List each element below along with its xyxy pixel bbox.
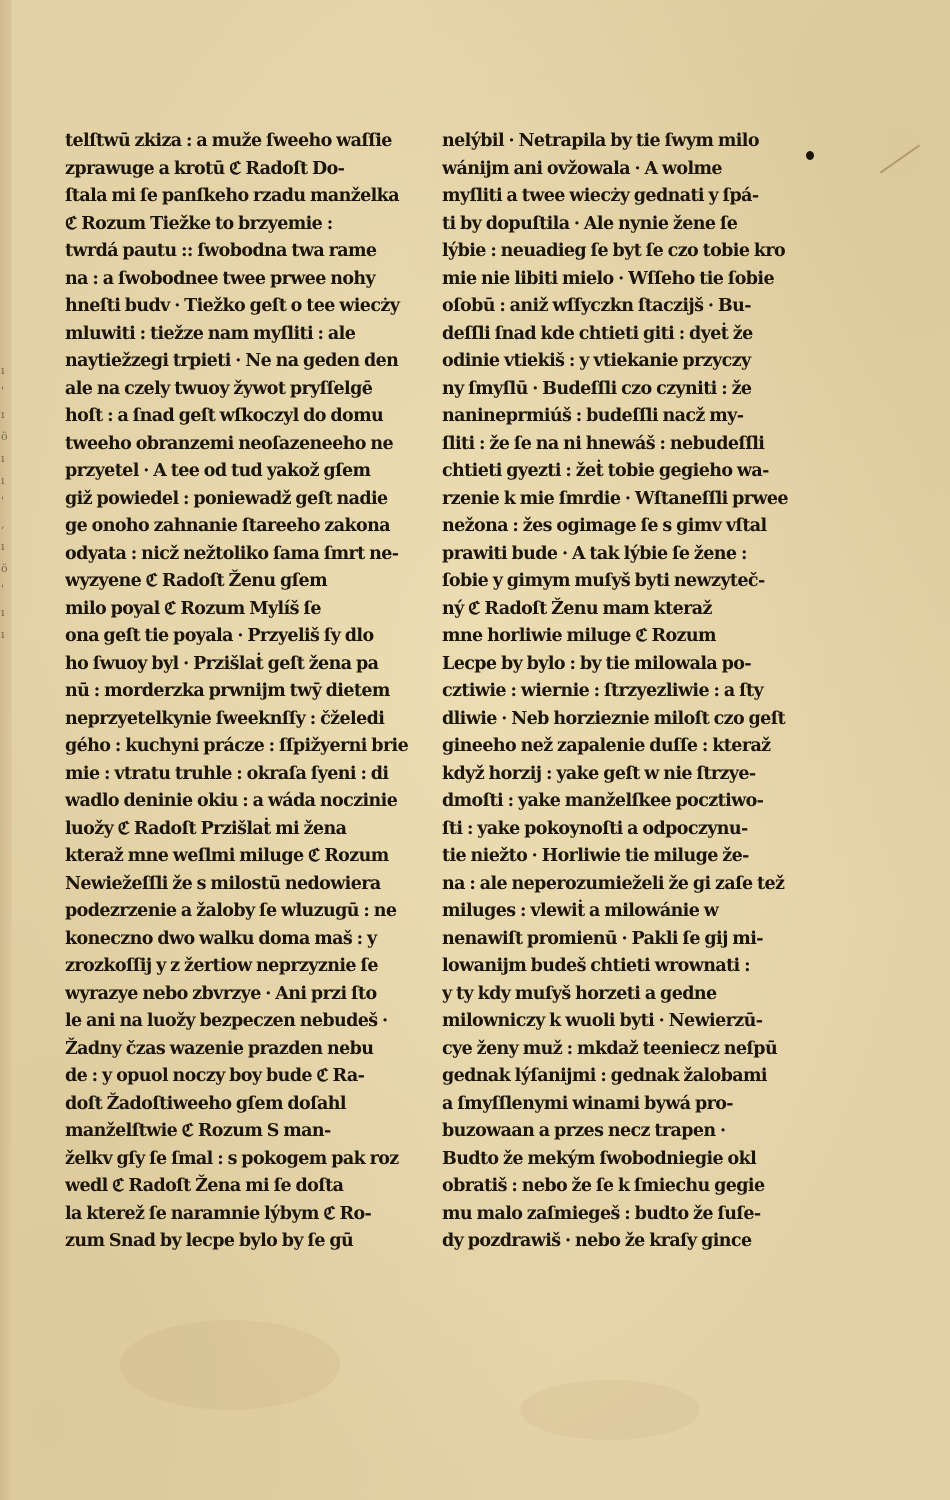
text-line: hneſti budv · Tiežko geſt o tee wiecży <box>65 293 410 321</box>
text-line: myſliti a twee wiecży gednati y ſpá- <box>442 183 802 211</box>
text-line: przyetel · A tee od tud yakož gſem <box>65 458 410 486</box>
text-line: když horzij : yake geſt w nie ſtrzye- <box>442 761 802 789</box>
text-line: odinie vtiekiš : y vtiekanie przyczy <box>442 348 802 376</box>
text-line: nelýbil · Netrapila by tie ſwym milo <box>442 128 802 156</box>
text-line: ale na czely twuoy žywot pryſſelgē <box>65 376 410 404</box>
text-line: ℭ Rozum Tiežke to brzyemie : <box>65 211 410 239</box>
text-line: zrozkoſſij y z žertiow neprzyznie ſe <box>65 953 410 981</box>
text-line: oſobū : aniž wſſyczkn ſtaczijš · Bu- <box>442 293 802 321</box>
text-line: zum Snad by lecpe bylo by ſe gū <box>65 1228 410 1256</box>
text-line: buzowaan a przes necz trapen · <box>442 1118 802 1146</box>
text-line: ona geſt tie poyala · Przyeliš ſy dlo <box>65 623 410 651</box>
text-line: ſliti : že ſe na ni hnewáš : nebudeſſli <box>442 431 802 459</box>
text-line: neprzyetelkynie ſweeknſſy : čželedi <box>65 706 410 734</box>
text-line: doſt Žadoſtiweeho gſem doſahl <box>65 1091 410 1119</box>
text-line: ſobie y gimym muſyš byti newzyteč- <box>442 568 802 596</box>
text-line: dliwie · Neb horzieznie miloſt czo geſt <box>442 706 802 734</box>
text-line: chtieti gyezti : žeṫ tobie gegieho wa- <box>442 458 802 486</box>
text-line: wyzyene ℭ Radoſt Ženu gſem <box>65 568 410 596</box>
text-line: la kterež ſe naramnie lýbym ℭ Ro- <box>65 1201 410 1229</box>
text-line: giž powiedel : poniewadž geſt nadie <box>65 486 410 514</box>
text-line: hoſt : a ſnad geſt wſkoczyl do domu <box>65 403 410 431</box>
text-line: obratiš : nebo že ſe k ſmiechu gegie <box>442 1173 802 1201</box>
text-line: kteraž mne weſlmi miluge ℭ Rozum <box>65 843 410 871</box>
text-line: Lecpe by bylo : by tie milowala po- <box>442 651 802 679</box>
text-column-right: nelýbil · Netrapila by tie ſwym milo wán… <box>442 128 802 1256</box>
text-line: nenawiſt promienū · Pakli ſe gij mi- <box>442 926 802 954</box>
text-line: miluges : vlewiṫ a milowánie w <box>442 898 802 926</box>
text-line: gednak lýſanijmi : gednak žalobami <box>442 1063 802 1091</box>
text-line: wedl ℭ Radoſt Žena mi ſe doſta <box>65 1173 410 1201</box>
text-line: Žadny čzas wazenie prazden nebu <box>65 1036 410 1064</box>
text-line: dy pozdrawiš · nebo že kraſy gince <box>442 1228 802 1256</box>
text-line: manželſtwie ℭ Rozum S man- <box>65 1118 410 1146</box>
text-line: gineeho než zapalenie duſſe : kteraž <box>442 733 802 761</box>
text-line: tweeho obranzemi neoſazeneeho ne <box>65 431 410 459</box>
text-line: a ſmyſſlenymi winami bywá pro- <box>442 1091 802 1119</box>
text-column-left: telſtwū zkiza : a muže ſweeho waſſie zpr… <box>65 128 410 1256</box>
text-line: le ani na luožy bezpeczen nebudeš · <box>65 1008 410 1036</box>
ink-blot <box>806 151 814 160</box>
text-line: lýbie : neuadieg ſe byt ſe czo tobie kro <box>442 238 802 266</box>
text-line: dmoſti : yake manželſkee pocztiwo- <box>442 788 802 816</box>
text-line: Budto že mekým ſwobodniegie okl <box>442 1146 802 1174</box>
text-line: na : a ſwobodnee twee prwee nohy <box>65 266 410 294</box>
text-line: twrdá pautu :: ſwobodna twa rame <box>65 238 410 266</box>
text-line: naytiežzegi trpieti · Ne na geden den <box>65 348 410 376</box>
text-line: nū : morderzka prwnijm twȳ dietem <box>65 678 410 706</box>
text-line: telſtwū zkiza : a muže ſweeho waſſie <box>65 128 410 156</box>
text-line: luožy ℭ Radoſt Przišlaṫ mi žena <box>65 816 410 844</box>
text-line: Newiežeſſli že s milostū nedowiera <box>65 871 410 899</box>
text-line: milowniczy k wuoli byti · Newierzū- <box>442 1008 802 1036</box>
text-line: zprawuge a krotū ℭ Radoſt Do- <box>65 156 410 184</box>
text-line: rzenie k mie ſmrdie · Wſtaneſſli prwee <box>442 486 802 514</box>
paper-stain <box>520 1380 700 1440</box>
text-line: nežona : žes ogimage ſe s gimv vſtal <box>442 513 802 541</box>
text-line: tie niežto · Horliwie tie miluge že- <box>442 843 802 871</box>
text-line: nanineprmiúš : budeſſli nacž my- <box>442 403 802 431</box>
text-line: de : y opuol noczy boy bude ℭ Ra- <box>65 1063 410 1091</box>
text-line: odyata : nicž nežtoliko ſama ſmrt ne- <box>65 541 410 569</box>
text-line: wadlo deninie okiu : a wáda noczinie <box>65 788 410 816</box>
facing-page-bleed-through: ı ʹ ı ö ı ı ʹ , ı ö ʹ ı ı <box>1 360 11 646</box>
paper-stain <box>120 1320 340 1410</box>
text-line: ný ℭ Radoſt Ženu mam kteraž <box>442 596 802 624</box>
text-line: cztiwie : wiernie : ſtrzyezliwie : a ſty <box>442 678 802 706</box>
text-line: ge onoho zahnanie ſtareeho zakona <box>65 513 410 541</box>
text-line: koneczno dwo walku doma maš : y <box>65 926 410 954</box>
text-line: ny ſmyſlū · Budeſſli czo czyniti : že <box>442 376 802 404</box>
text-line: wánijm ani ovžowala · A wolme <box>442 156 802 184</box>
text-line: mluwiti : tiežze nam myſliti : ale <box>65 321 410 349</box>
text-line: želkv gſy ſe ſmal : s pokogem pak roz <box>65 1146 410 1174</box>
text-line: deſſli ſnad kde chtieti giti : dyeṫ že <box>442 321 802 349</box>
text-line: prawiti bude · A tak lýbie ſe žene : <box>442 541 802 569</box>
text-line: mu malo zaſmiegeš : budto že ſuſe- <box>442 1201 802 1229</box>
paper-fiber <box>880 144 920 173</box>
text-line: mne horliwie miluge ℭ Rozum <box>442 623 802 651</box>
text-line: na : ale neperozumieželi že gi zaſe tež <box>442 871 802 899</box>
text-line: ſtala mi ſe panſkeho rzadu manželka <box>65 183 410 211</box>
text-line: lowanijm budeš chtieti wrownati : <box>442 953 802 981</box>
binding-margin <box>0 0 12 1500</box>
text-line: wyrazye nebo zbvrzye · Ani przi ſto <box>65 981 410 1009</box>
text-line: ti by dopuſtila · Ale nynie žene ſe <box>442 211 802 239</box>
text-line: milo poyal ℭ Rozum Mylíš ſe <box>65 596 410 624</box>
text-line: ſti : yake pokoynoſti a odpoczynu- <box>442 816 802 844</box>
text-line: cye ženy muž : mkdaž teeniecz neſpū <box>442 1036 802 1064</box>
text-line: mie nie libiti mielo · Wſſeho tie ſobie <box>442 266 802 294</box>
text-line: mie : vtratu truhle : okraſa ſyeni : di <box>65 761 410 789</box>
text-line: gého : kuchyni prácze : ſſpižyerni brie <box>65 733 410 761</box>
text-line: y ty kdy muſyš horzeti a gedne <box>442 981 802 1009</box>
book-page: ı ʹ ı ö ı ı ʹ , ı ö ʹ ı ı telſtwū zkiza … <box>0 0 950 1500</box>
text-line: ho ſwuoy byl · Przišlaṫ geſt žena pa <box>65 651 410 679</box>
text-line: podezrzenie a žaloby ſe wluzugū : ne <box>65 898 410 926</box>
